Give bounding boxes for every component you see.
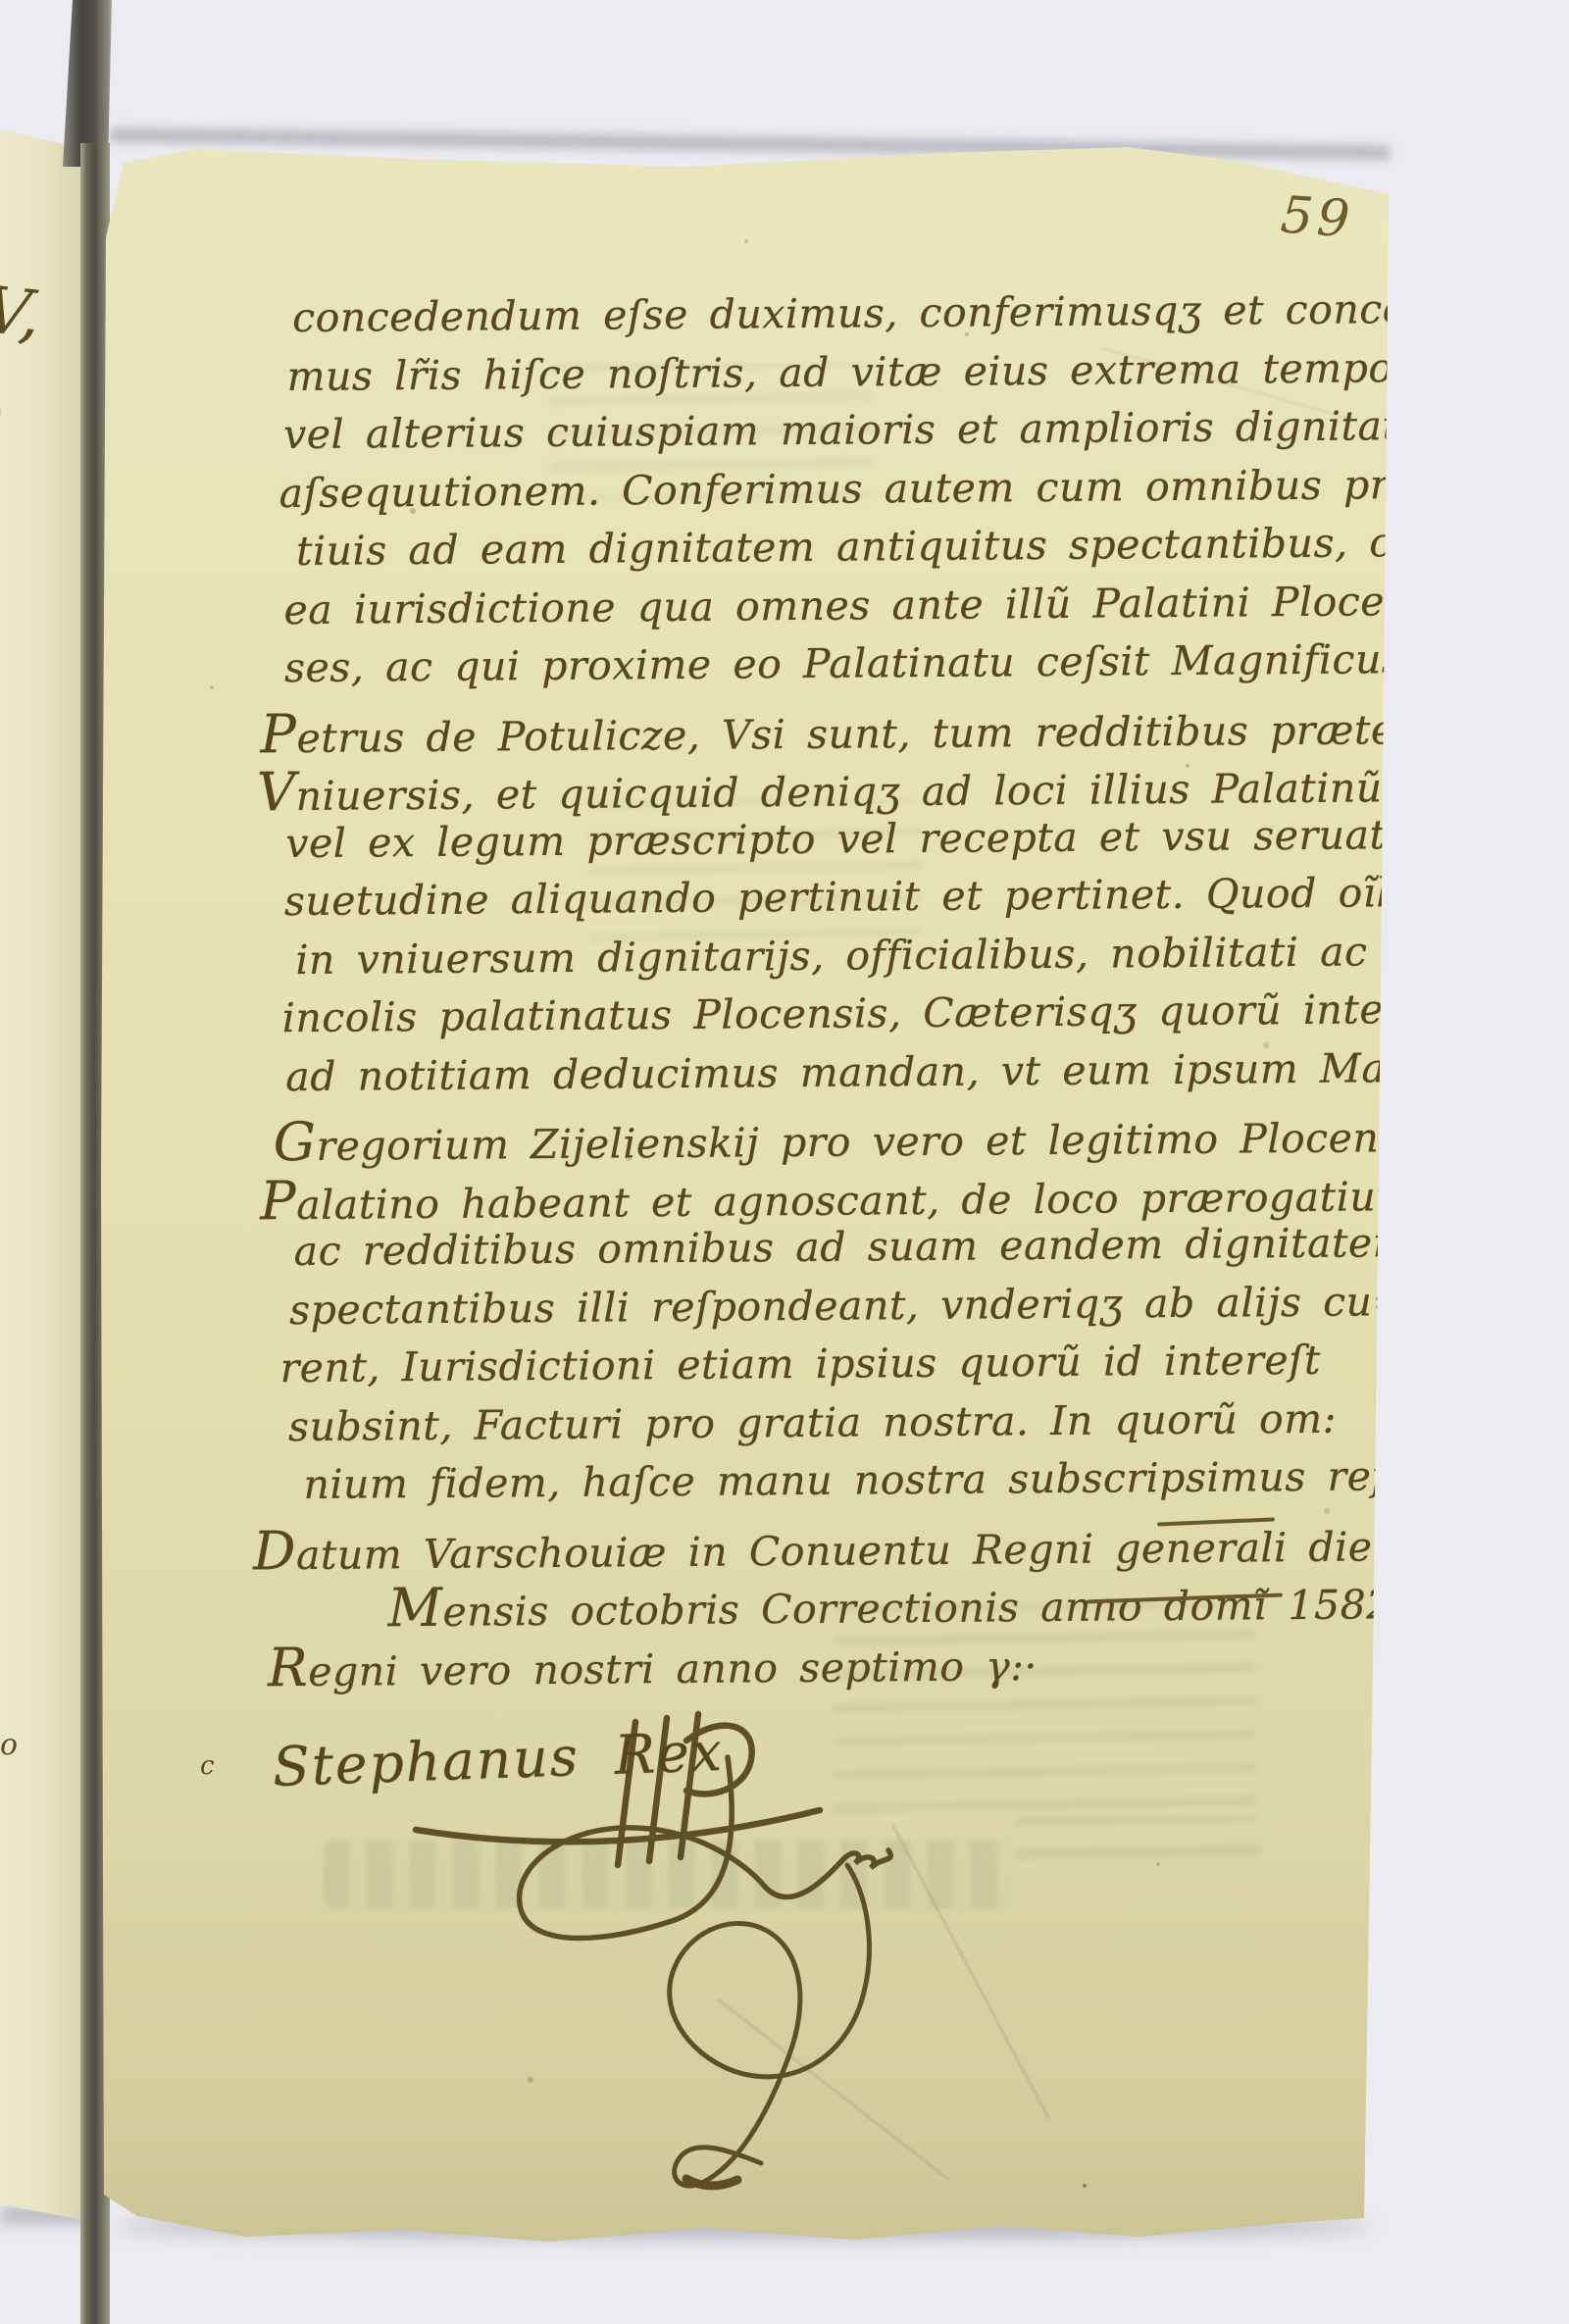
manuscript-text-line: nium fidem, haſce manu nostra subscripsi…: [303, 1452, 1387, 1508]
manuscript-page: 59 concedendum eſse duximus, conferimusq…: [0, 0, 1569, 2324]
manuscript-text-line: rent, Iurisdictioni etiam ipsius quorũ i…: [279, 1337, 1321, 1391]
manuscript-text-line: Mensis octobris Correctionis anno domĩ 1…: [387, 1569, 1427, 1639]
book-scan: V, ) o 59 concedendum eſse duximus, conf…: [0, 0, 1569, 2324]
cropped-letter-glyph: o: [0, 1728, 18, 1762]
facing-page-edge: V, ) o: [0, 129, 84, 2220]
manuscript-text-line: ac redditibus omnibus ad suam eandem dig…: [293, 1219, 1411, 1275]
manuscript-text-line: concedendum eſse duximus, conferimusqʒ e…: [292, 285, 1474, 341]
manuscript-text-line: in vniuersum dignitarijs, officialibus, …: [295, 927, 1474, 983]
cropped-letter-glyph: V,: [0, 272, 44, 353]
cropped-letter-glyph: ): [0, 362, 12, 473]
manuscript-text-line: subsint, Facturi pro gratia nostra. In q…: [288, 1394, 1337, 1449]
manuscript-text-line: incolis palatinatus Plocensis, Cæterisqʒ…: [282, 985, 1460, 1041]
manuscript-text-line: ea iurisdictione qua omnes ante illũ Pal…: [283, 577, 1425, 632]
stray-ink-mark: c: [200, 1751, 215, 1781]
manuscript-text-line: ad notitiam deducimus mandan, vt eum ips…: [285, 1043, 1474, 1100]
manuscript-text-line: vel ex legum præscripto vel recepta et v…: [285, 810, 1493, 867]
manuscript-text-line: spectantibus illi reſpondeant, vnderiqʒ …: [289, 1278, 1407, 1334]
binding-gutter-top: [63, 0, 114, 167]
manuscript-text-line: tiuis ad eam dignitatem antiquitus spect…: [296, 518, 1507, 575]
manuscript-text-line: vel alterius cuiuspiam maioris et amplio…: [283, 402, 1434, 458]
manuscript-text-line: mus lr̃is hiſce noſtris, ad vitæ eius ex…: [286, 343, 1437, 399]
paper-speckles: [0, 0, 2, 2]
manuscript-text-line: ses, ac qui proxime eo Palatinatu ceſsit…: [284, 635, 1403, 691]
manuscript-text-line: Regni vero nostri anno septimo γ:·: [268, 1631, 1038, 1698]
manuscript-text-line: aſsequutionem. Conferimus autem cum omni…: [278, 460, 1537, 517]
manuscript-text-block: concedendum eſse duximus, conferimusqʒ e…: [0, 0, 1569, 2324]
manuscript-text-line: suetudine aliquando pertinuit et pertine…: [284, 869, 1450, 925]
